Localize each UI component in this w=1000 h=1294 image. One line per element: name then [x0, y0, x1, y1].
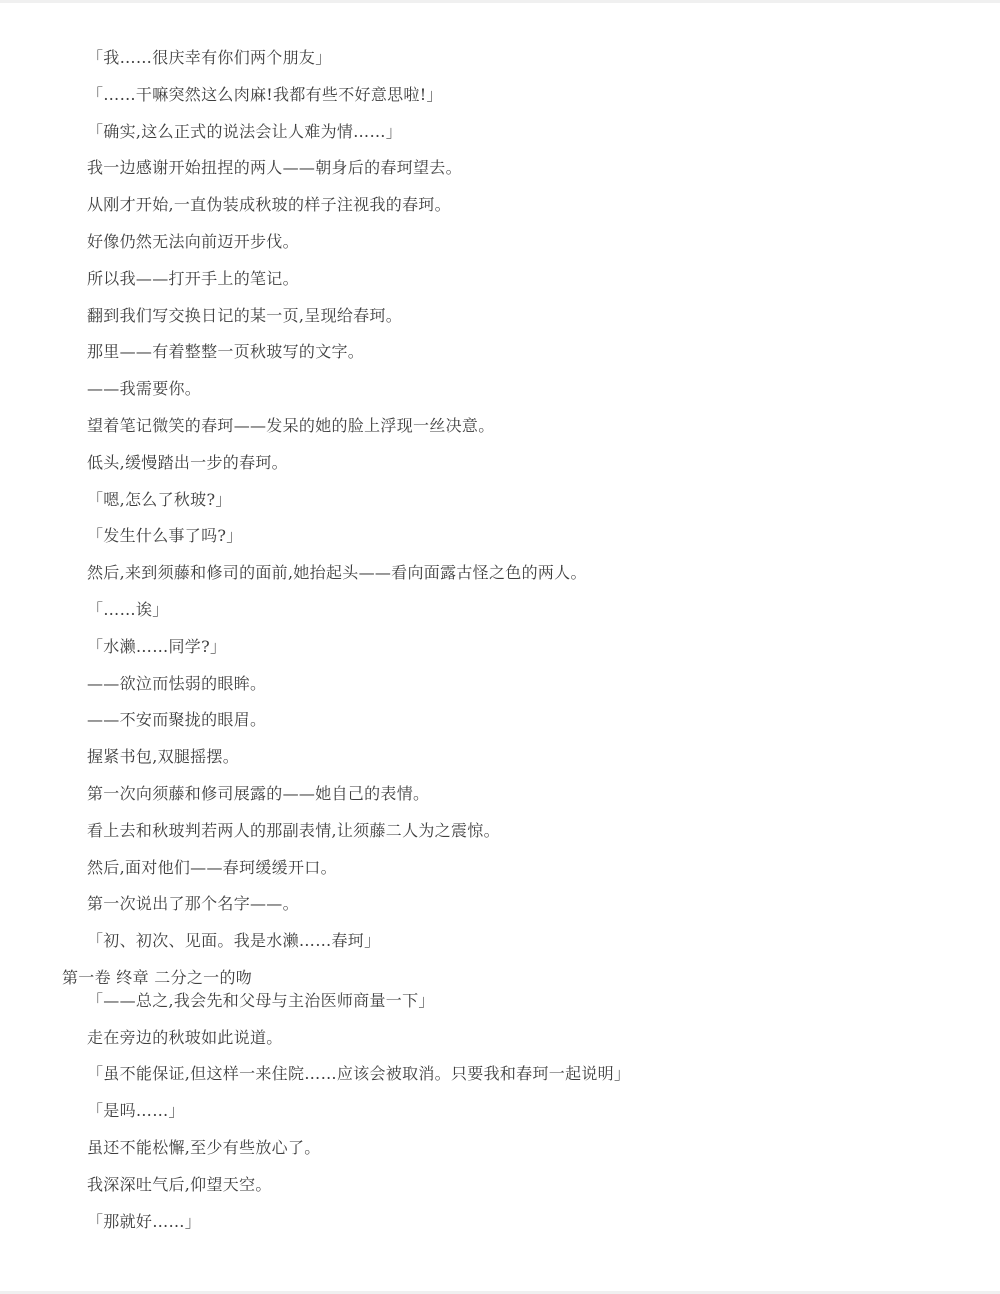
paragraph-line: 那里——有着整整一页秋玻写的文字。: [87, 334, 960, 371]
paragraph-line: 然后,面对他们——春珂缓缓开口。: [87, 850, 960, 887]
paragraph-line: 走在旁边的秋玻如此说道。: [87, 1020, 960, 1057]
paragraph-line: 「——总之,我会先和父母与主治医师商量一下」: [87, 983, 960, 1020]
paragraph-line: 「……干嘛突然这么肉麻!我都有些不好意思啦!」: [87, 77, 960, 114]
paragraph-line: 所以我——打开手上的笔记。: [87, 261, 960, 298]
paragraph-line: 握紧书包,双腿摇摆。: [87, 739, 960, 776]
page-content: 「我……很庆幸有你们两个朋友」「……干嘛突然这么肉麻!我都有些不好意思啦!」「确…: [0, 0, 1000, 1240]
paragraph-line: 好像仍然无法向前迈开步伐。: [87, 224, 960, 261]
paragraph-line: 「我……很庆幸有你们两个朋友」: [87, 40, 960, 77]
paragraph-line: 看上去和秋玻判若两人的那副表情,让须藤二人为之震惊。: [87, 813, 960, 850]
paragraph-line: 第一次说出了那个名字——。: [87, 886, 960, 923]
paragraph-line: ——欲泣而怯弱的眼眸。: [87, 666, 960, 703]
paragraph-line: 从刚才开始,一直伪装成秋玻的样子注视我的春珂。: [87, 187, 960, 224]
paragraph-line: 翻到我们写交换日记的某一页,呈现给春珂。: [87, 298, 960, 335]
paragraph-line: ——我需要你。: [87, 371, 960, 408]
paragraph-line: 「虽不能保证,但这样一来住院……应该会被取消。只要我和春珂一起说明」: [87, 1056, 960, 1093]
page-top-edge: [0, 0, 1000, 3]
paragraph-line: 「确实,这么正式的说法会让人难为情……」: [87, 114, 960, 151]
paragraph-line: 我一边感谢开始扭捏的两人——朝身后的春珂望去。: [87, 150, 960, 187]
paragraph-line: 「初、初次、见面。我是水濑……春珂」: [87, 923, 960, 960]
paragraph-line: 「嗯,怎么了秋玻?」: [87, 482, 960, 519]
novel-page: 「我……很庆幸有你们两个朋友」「……干嘛突然这么肉麻!我都有些不好意思啦!」「确…: [0, 0, 1000, 1294]
paragraph-line: 「……诶」: [87, 592, 960, 629]
paragraph-line: 然后,来到须藤和修司的面前,她抬起头——看向面露古怪之色的两人。: [87, 555, 960, 592]
paragraph-line: 低头,缓慢踏出一步的春珂。: [87, 445, 960, 482]
paragraph-line: 「发生什么事了吗?」: [87, 518, 960, 555]
paragraph-line: 第一次向须藤和修司展露的——她自己的表情。: [87, 776, 960, 813]
paragraph-line: 「是吗……」: [87, 1093, 960, 1130]
paragraph-line: 「水濑……同学?」: [87, 629, 960, 666]
paragraph-line: 我深深吐气后,仰望天空。: [87, 1167, 960, 1204]
paragraph-line: 虽还不能松懈,至少有些放心了。: [87, 1130, 960, 1167]
paragraph-line: ——不安而聚拢的眼眉。: [87, 702, 960, 739]
paragraph-line: 望着笔记微笑的春珂——发呆的她的脸上浮现一丝决意。: [87, 408, 960, 445]
paragraph-line: 「那就好……」: [87, 1204, 960, 1241]
